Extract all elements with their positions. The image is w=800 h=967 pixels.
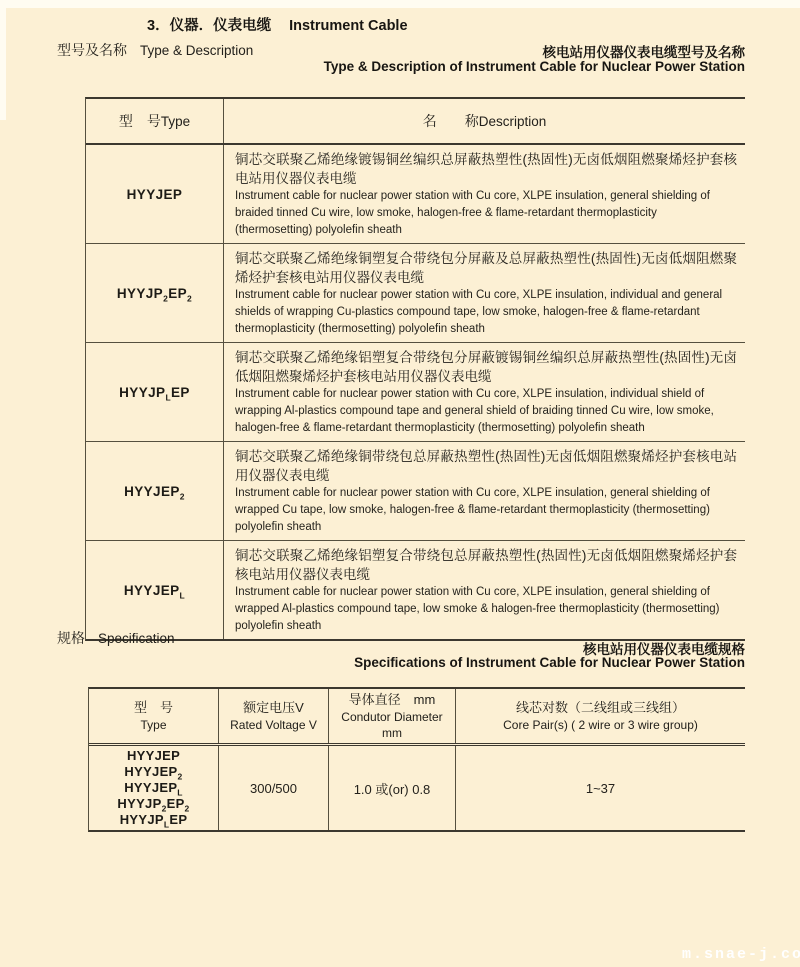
spec-cell-voltage: 300/500 xyxy=(219,746,329,830)
cable-type-code: HYYJPLEP xyxy=(120,812,188,828)
cell-description: 铜芯交联聚乙烯绝缘铝塑复合带绕包总屏蔽热塑性(热固性)无卤低烟阻燃聚烯烃护套核电… xyxy=(224,541,745,639)
description-en: Instrument cable for nuclear power stati… xyxy=(235,584,737,635)
header-cell-description: 名 称Description xyxy=(224,99,745,143)
cable-type-code: HYYJP2EP2 xyxy=(117,286,192,301)
type-section-label: 型号及名称Type & Description xyxy=(57,40,253,60)
cable-type-code: HYYJPLEP xyxy=(119,385,190,400)
description-zh: 铜芯交联聚乙烯绝缘镀锡铜丝编织总屏蔽热塑性(热固性)无卤低烟阻燃聚烯烃护套核电站… xyxy=(235,150,737,188)
cell-type: HYYJEP xyxy=(86,145,224,243)
cell-type: HYYJPLEP xyxy=(86,343,224,441)
cable-type-code: HYYJEP2 xyxy=(124,764,182,780)
page-title-en: Instrument Cable xyxy=(289,18,407,34)
cell-description: 铜芯交联聚乙烯绝缘镀锡铜丝编织总屏蔽热塑性(热固性)无卤低烟阻燃聚烯烃护套核电站… xyxy=(224,145,745,243)
cable-type-code: HYYJP2EP2 xyxy=(117,796,189,812)
description-en: Instrument cable for nuclear power stati… xyxy=(235,287,737,338)
conductor-diameter-value: 1.0 或(or) 0.8 xyxy=(354,779,431,798)
spec-header-diameter-en: Condutor Diameter mm xyxy=(331,709,453,741)
cable-type-code: HYYJEPL xyxy=(124,583,185,598)
table-row: HYYJEP 铜芯交联聚乙烯绝缘镀锡铜丝编织总屏蔽热塑性(热固性)无卤低烟阻燃聚… xyxy=(86,145,745,244)
specification-table: 型 号 Type 额定电压V Rated Voltage V 导体直径 mm C… xyxy=(88,687,745,832)
table-row: HYYJEP2 铜芯交联聚乙烯绝缘铜带绕包总屏蔽热塑性(热固性)无卤低烟阻燃聚烯… xyxy=(86,442,745,541)
spec-header-diameter: 导体直径 mm Condutor Diameter mm xyxy=(329,689,456,743)
scan-edge-top xyxy=(0,0,800,8)
spec-section-label-zh: 规格 xyxy=(57,630,85,646)
spec-header-core-pairs-zh: 线芯对数（二线组或三线组） xyxy=(516,699,685,717)
header-cell-type: 型 号Type xyxy=(86,99,224,143)
cable-type-code: HYYJEP xyxy=(127,187,183,202)
spec-header-voltage-en: Rated Voltage V xyxy=(230,717,317,733)
spec-header-type: 型 号 Type xyxy=(89,689,219,743)
type-section-heading-zh: 核电站用仪器仪表电缆型号及名称 xyxy=(543,41,746,61)
description-zh: 铜芯交联聚乙烯绝缘铝塑复合带绕包总屏蔽热塑性(热固性)无卤低烟阻燃聚烯烃护套核电… xyxy=(235,546,737,584)
description-en: Instrument cable for nuclear power stati… xyxy=(235,485,737,536)
table-header-row: 型 号Type 名 称Description xyxy=(86,99,745,145)
description-en: Instrument cable for nuclear power stati… xyxy=(235,188,737,239)
cell-description: 铜芯交联聚乙烯绝缘铜带绕包总屏蔽热塑性(热固性)无卤低烟阻燃聚烯烃护套核电站用仪… xyxy=(224,442,745,540)
description-zh: 铜芯交联聚乙烯绝缘铜带绕包总屏蔽热塑性(热固性)无卤低烟阻燃聚烯烃护套核电站用仪… xyxy=(235,447,737,485)
description-zh: 铜芯交联聚乙烯绝缘铝塑复合带绕包分屏蔽镀锡铜丝编织总屏蔽热塑性(热固性)无卤低烟… xyxy=(235,348,737,386)
spec-header-core-pairs: 线芯对数（二线组或三线组） Core Pair(s) ( 2 wire or 3… xyxy=(456,689,745,743)
description-zh: 铜芯交联聚乙烯绝缘铜塑复合带绕包分屏蔽及总屏蔽热塑性(热固性)无卤低烟阻燃聚烯烃… xyxy=(235,249,737,287)
spec-section-heading-en: Specifications of Instrument Cable for N… xyxy=(354,655,745,670)
watermark: m.snae-j.com xyxy=(682,946,800,963)
type-section-label-en: Type & Description xyxy=(140,43,253,58)
header-type-en: Type xyxy=(161,114,190,129)
cable-type-code: HYYJEPL xyxy=(124,780,183,796)
scan-edge-left xyxy=(0,0,6,120)
cell-type: HYYJP2EP2 xyxy=(86,244,224,342)
header-type-zh: 型 号 xyxy=(119,111,161,131)
type-description-table: 型 号Type 名 称Description HYYJEP 铜芯交联聚乙烯绝缘镀… xyxy=(85,97,745,641)
cell-description: 铜芯交联聚乙烯绝缘铜塑复合带绕包分屏蔽及总屏蔽热塑性(热固性)无卤低烟阻燃聚烯烃… xyxy=(224,244,745,342)
type-section-heading-en: Type & Description of Instrument Cable f… xyxy=(324,59,745,74)
spec-data-row: HYYJEP HYYJEP2 HYYJEPL HYYJP2EP2 HYYJPLE… xyxy=(89,746,745,830)
spec-section-label-en: Specification xyxy=(98,631,175,646)
spec-cell-types: HYYJEP HYYJEP2 HYYJEPL HYYJP2EP2 HYYJPLE… xyxy=(89,746,219,830)
description-en: Instrument cable for nuclear power stati… xyxy=(235,386,737,437)
spec-header-row: 型 号 Type 额定电压V Rated Voltage V 导体直径 mm C… xyxy=(89,689,745,746)
cell-description: 铜芯交联聚乙烯绝缘铝塑复合带绕包分屏蔽镀锡铜丝编织总屏蔽热塑性(热固性)无卤低烟… xyxy=(224,343,745,441)
spec-header-voltage-zh: 额定电压V xyxy=(243,699,304,717)
header-desc-en: Description xyxy=(479,114,547,129)
spec-header-type-zh: 型 号 xyxy=(134,699,173,717)
spec-header-type-en: Type xyxy=(140,717,166,733)
spec-section-label: 规格Specification xyxy=(57,628,175,648)
cell-type: HYYJEPL xyxy=(86,541,224,639)
spec-cell-diameter: 1.0 或(or) 0.8 xyxy=(329,746,456,830)
cable-type-code: HYYJEP2 xyxy=(124,484,185,499)
cable-type-code: HYYJEP xyxy=(127,748,180,764)
spec-cell-core-pairs: 1~37 xyxy=(456,746,745,830)
table-row: HYYJEPL 铜芯交联聚乙烯绝缘铝塑复合带绕包总屏蔽热塑性(热固性)无卤低烟阻… xyxy=(86,541,745,639)
spec-header-voltage: 额定电压V Rated Voltage V xyxy=(219,689,329,743)
spec-header-core-pairs-en: Core Pair(s) ( 2 wire or 3 wire group) xyxy=(503,717,698,733)
page-title: 3．仪器．仪表电缆Instrument Cable xyxy=(147,14,408,35)
page-title-zh: 3．仪器．仪表电缆 xyxy=(147,18,271,34)
table-row: HYYJP2EP2 铜芯交联聚乙烯绝缘铜塑复合带绕包分屏蔽及总屏蔽热塑性(热固性… xyxy=(86,244,745,343)
type-section-label-zh: 型号及名称 xyxy=(57,42,127,58)
rated-voltage-value: 300/500 xyxy=(250,781,297,796)
header-desc-zh: 名 称 xyxy=(423,111,479,131)
table-row: HYYJPLEP 铜芯交联聚乙烯绝缘铝塑复合带绕包分屏蔽镀锡铜丝编织总屏蔽热塑性… xyxy=(86,343,745,442)
core-pairs-value: 1~37 xyxy=(586,781,615,796)
spec-header-diameter-zh: 导体直径 mm xyxy=(349,691,436,709)
cell-type: HYYJEP2 xyxy=(86,442,224,540)
